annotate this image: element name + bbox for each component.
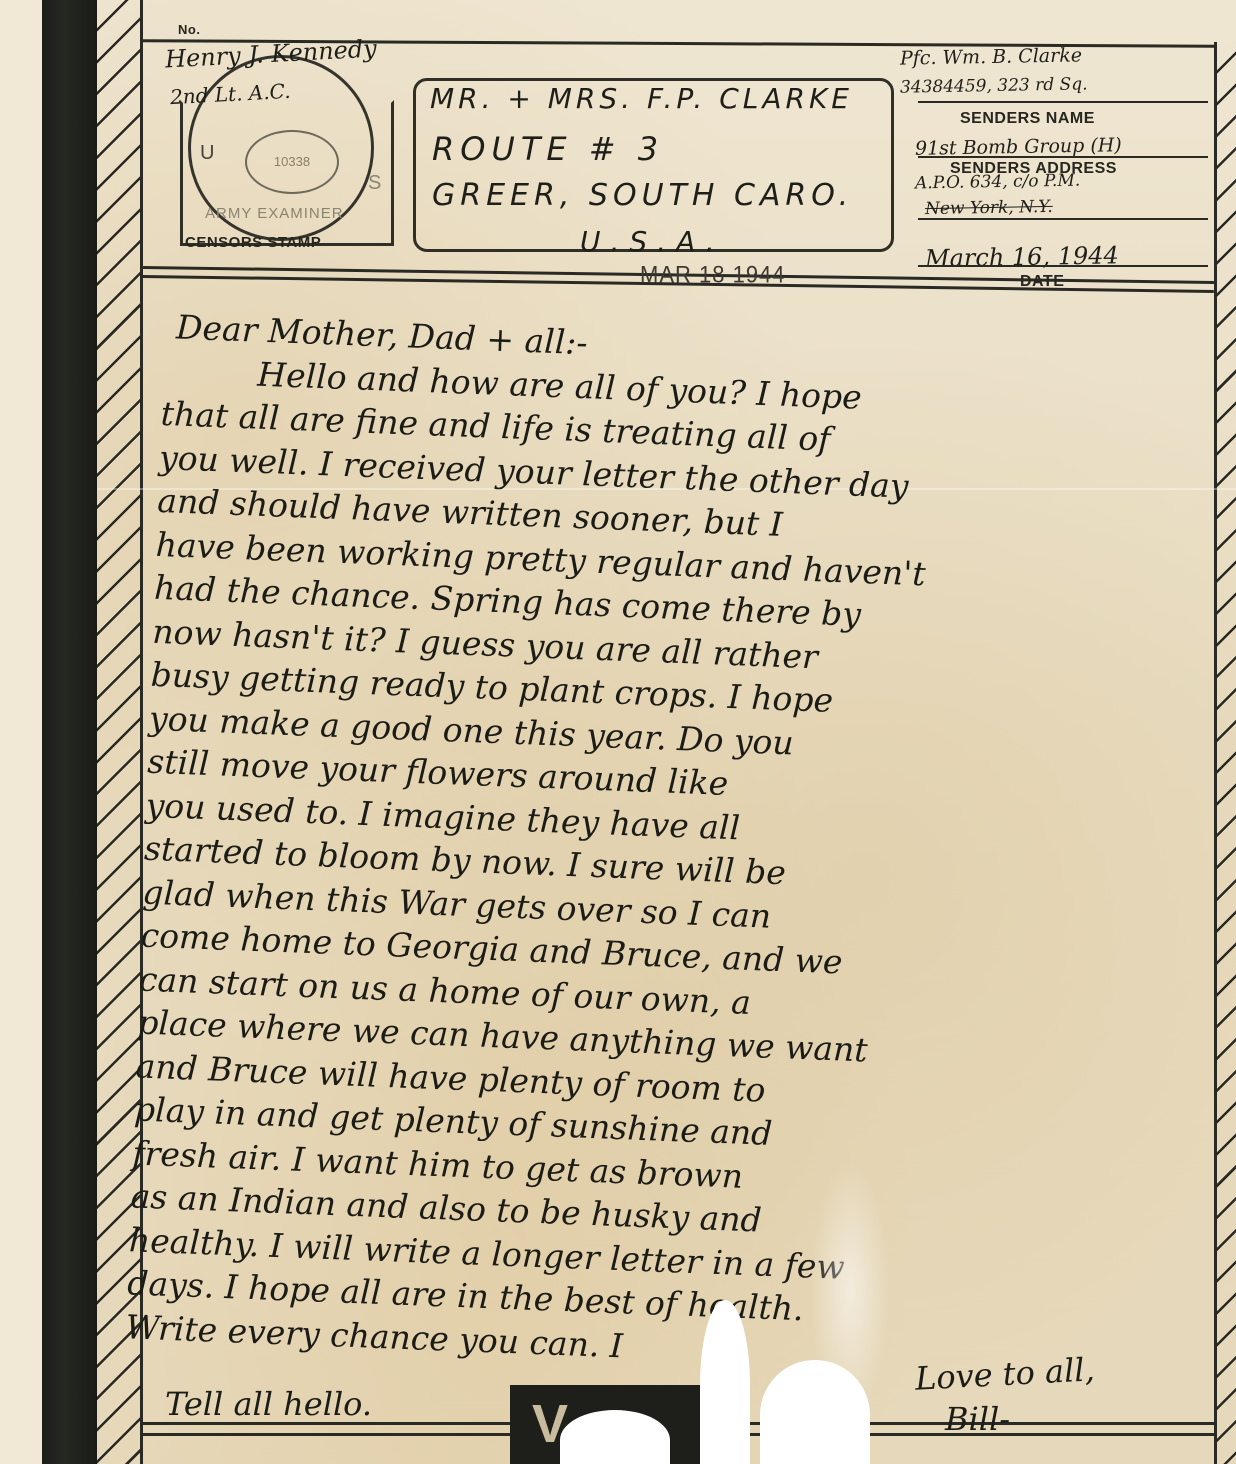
left-margin <box>0 0 42 1464</box>
censors-stamp-label: CENSORS STAMP <box>185 234 321 251</box>
letter-postscript: Tell all hello. <box>165 1385 372 1423</box>
sender-address-rule-2 <box>918 218 1208 220</box>
letter-signature: Bill- <box>945 1400 1010 1438</box>
recipient-route: ROUTE # 3 <box>432 130 664 168</box>
sender-address-rule <box>918 156 1208 158</box>
senders-name-label: SENDERS NAME <box>960 110 1095 128</box>
postmark-number: 10338 <box>245 130 339 194</box>
letter-body: Dear Mother, Dad + all:- Hello and how a… <box>125 305 1204 1388</box>
number-label: No. <box>178 22 200 37</box>
received-date-stamp: MAR 18 1944 <box>640 261 786 290</box>
sender-serial-squadron: 34384459, 323 rd Sq. <box>900 74 1088 97</box>
postmark-letter-u: U <box>200 142 214 165</box>
recipient-country: U.S.A. <box>580 225 725 258</box>
postmark-army-text: ARMY EXAMINER <box>205 205 344 222</box>
sender-name-rule <box>918 101 1208 103</box>
right-hatch-border <box>1214 42 1236 1464</box>
postmark-letter-s: S <box>368 172 381 195</box>
sender-name: Pfc. Wm. B. Clarke <box>900 44 1082 69</box>
recipient-name: MR. + MRS. F.P. CLARKE <box>430 82 853 115</box>
black-edge-bar <box>42 0 97 1464</box>
date-rule <box>918 265 1208 267</box>
recipient-city-state: GREER, SOUTH CARO. <box>432 178 853 213</box>
sender-address-city: New York, N.Y. <box>925 197 1053 219</box>
paper-tear <box>700 1300 750 1464</box>
sender-address-apo: A.P.O. 634, c/o P.M. <box>915 171 1081 194</box>
letter-date: March 16, 1944 <box>925 241 1119 272</box>
paper-tear <box>760 1360 870 1464</box>
date-label: DATE <box>1020 273 1064 291</box>
paper-tear <box>560 1410 670 1464</box>
